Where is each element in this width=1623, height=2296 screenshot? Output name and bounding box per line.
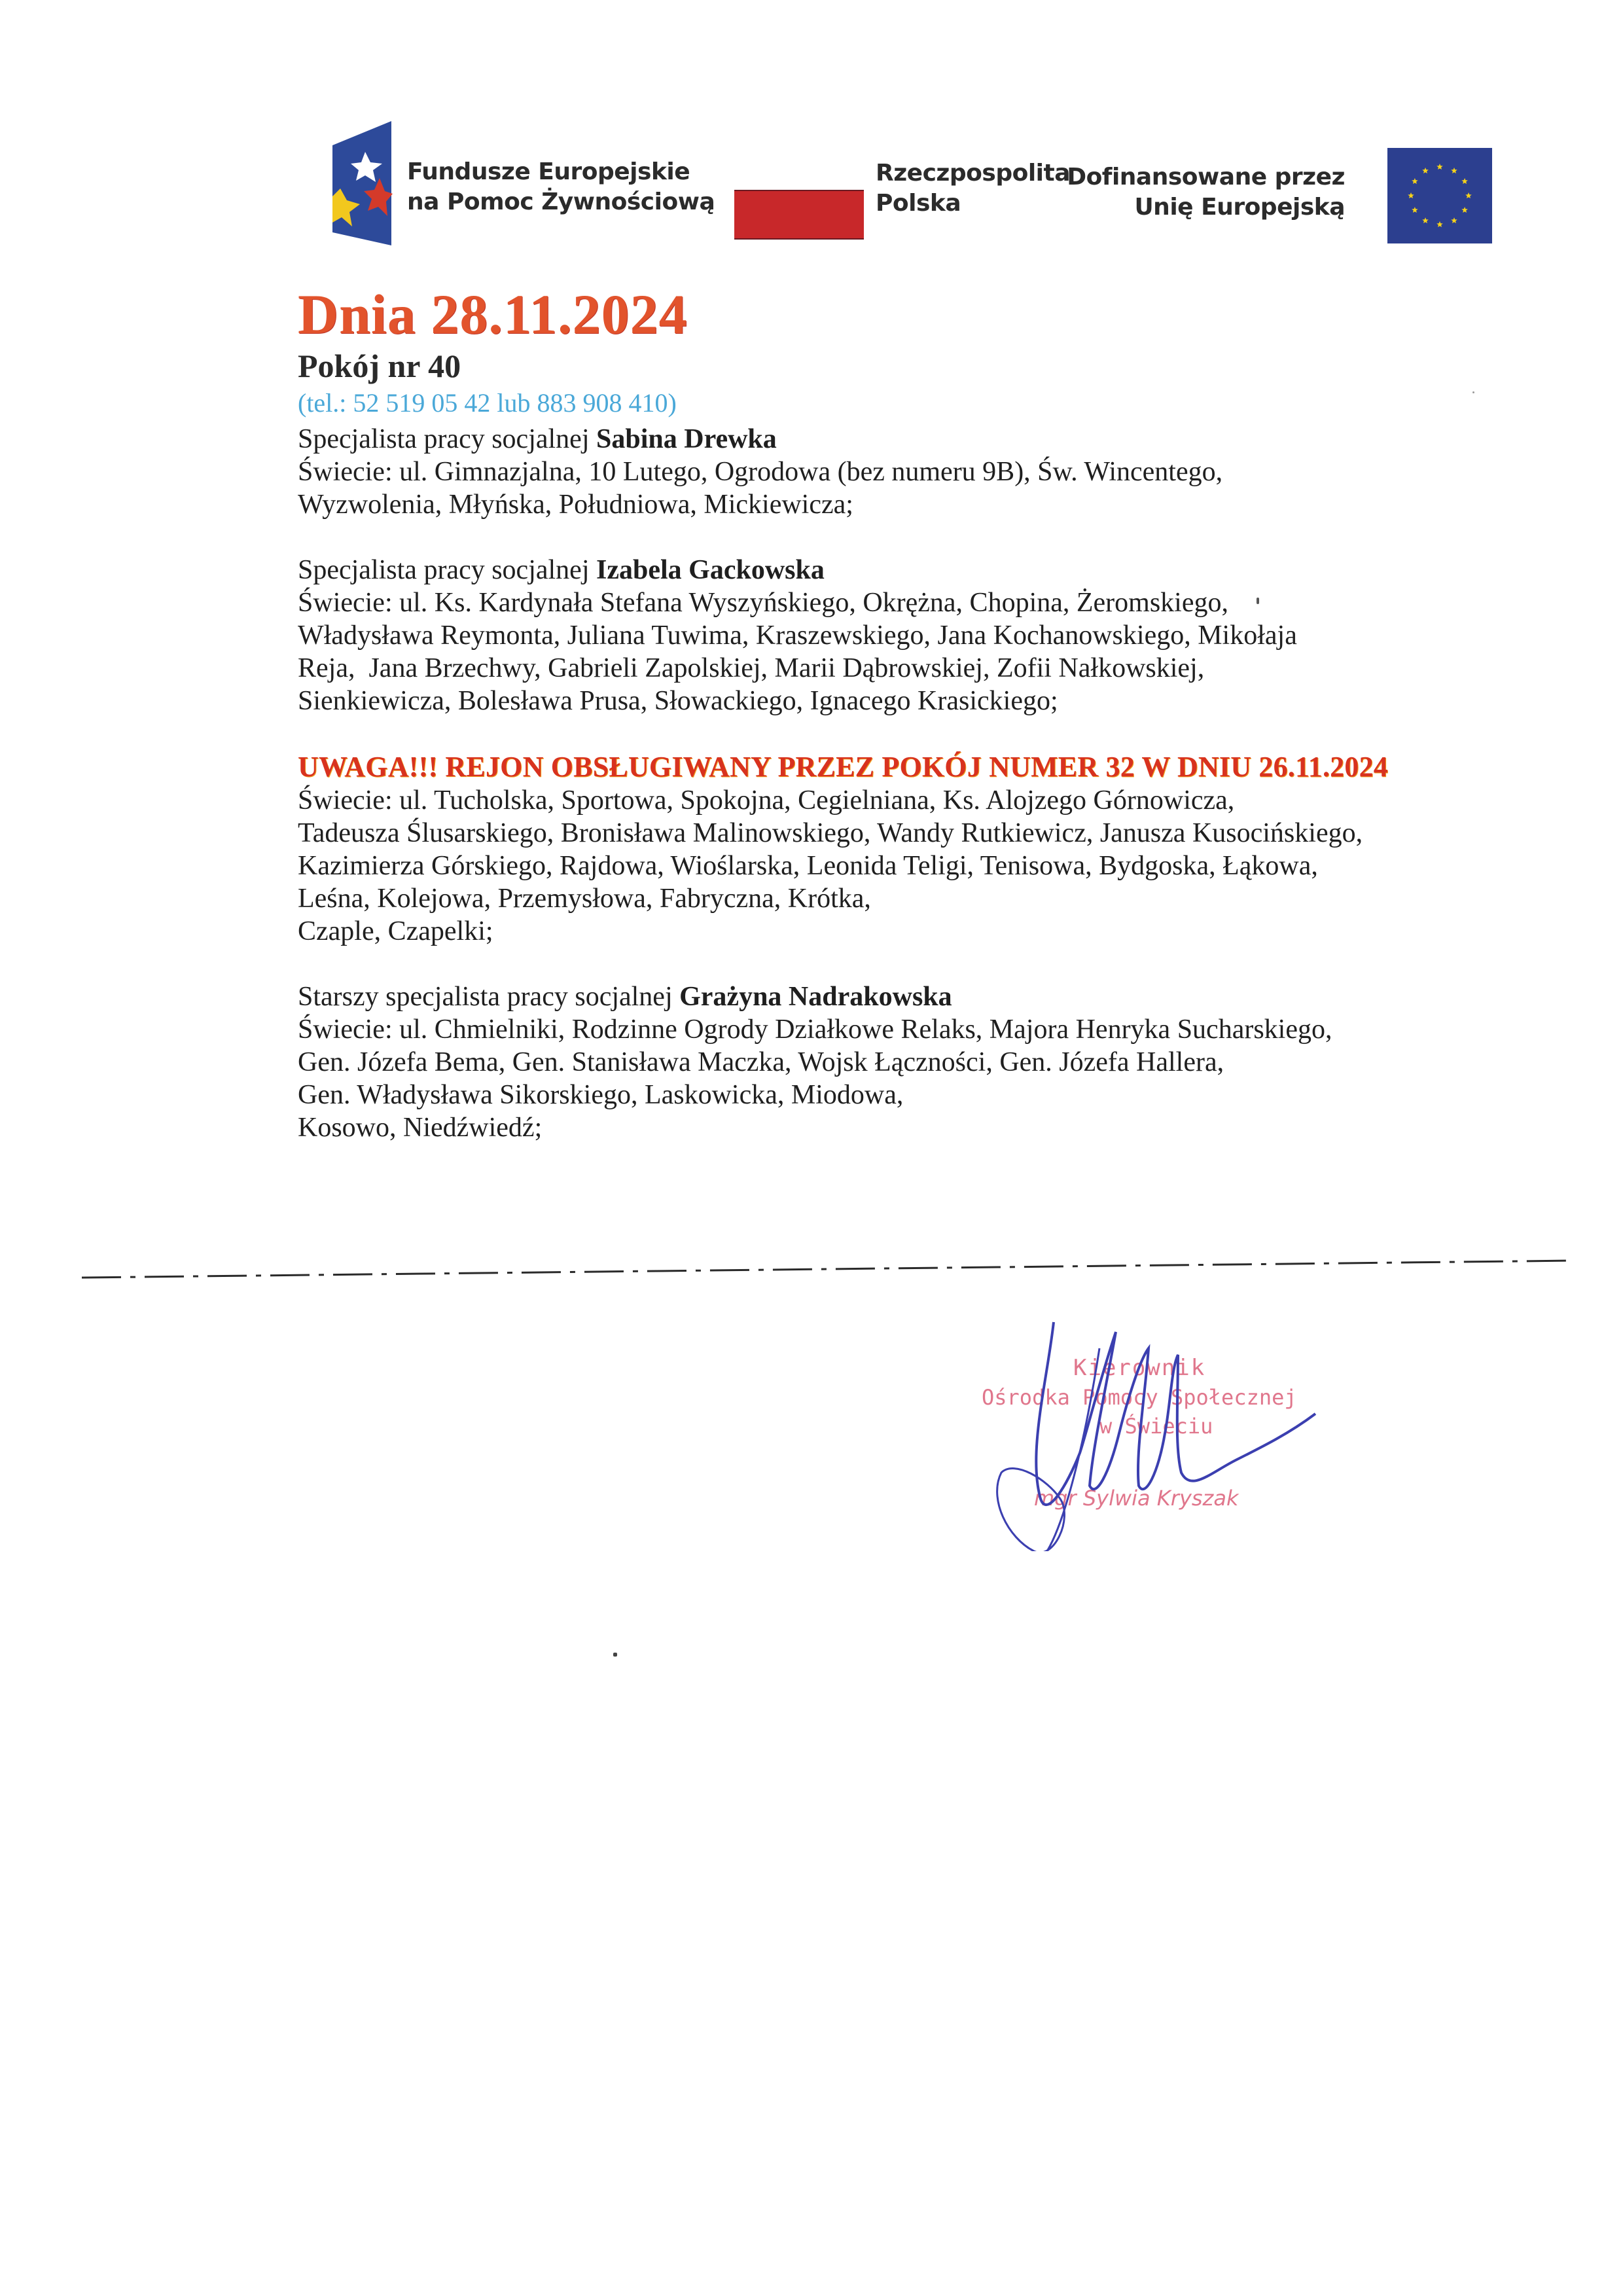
pl-logo-text: Rzeczpospolita Polska [876,158,1070,219]
scan-speck [1472,391,1474,393]
street-line: Świecie: ul. Tucholska, Sportowa, Spokoj… [298,784,1574,817]
section-heading: Starszy specjalista pracy socjalnej Graż… [298,980,1574,1013]
role-label: Specjalista pracy socjalnej [298,424,596,454]
eu-logo-text: Dofinansowane przez Unię Europejską [1067,162,1345,223]
street-line: Wyzwolenia, Młyńska, Południowa, Mickiew… [298,488,1574,521]
eu-flag-icon [1387,148,1492,243]
warning-notice: UWAGA!!! REJON OBSŁUGIWANY PRZEZ POKÓJ N… [298,750,1574,784]
handwritten-signature-icon [982,1302,1335,1551]
street-line: Kosowo, Niedźwiedź; [298,1111,1574,1144]
polish-flag-icon [734,190,864,240]
fe-logo-text: Fundusze Europejskie na Pomoc Żywnościow… [407,157,715,217]
street-line: Reja, Jana Brzechwy, Gabrieli Zapolskiej… [298,652,1574,685]
section-sabina-drewka: Specjalista pracy socjalnej Sabina Drewk… [298,423,1574,521]
eu-logo-line2: Unię Europejską [1067,192,1345,223]
worker-name: Izabela Gackowska [596,555,825,585]
street-line: Tadeusza Ślusarskiego, Bronisława Malino… [298,817,1574,850]
date-title: Dnia 28.11.2024 [298,281,1574,347]
street-line: Władysława Reymonta, Juliana Tuwima, Kra… [298,619,1574,652]
phone-numbers: (tel.: 52 519 05 42 lub 883 908 410) [298,386,1574,420]
street-line: Leśna, Kolejowa, Przemysłowa, Fabryczna,… [298,882,1574,915]
section-heading: Specjalista pracy socjalnej Sabina Drewk… [298,423,1574,456]
worker-name: Sabina Drewka [596,424,777,454]
room-number: Pokój nr 40 [298,346,1574,386]
logo-bar: Fundusze Europejskie na Pomoc Żywnościow… [0,0,1623,275]
street-line: Sienkiewicza, Bolesława Prusa, Słowackie… [298,685,1574,717]
section-heading: Specjalista pracy socjalnej Izabela Gack… [298,554,1574,586]
section-grazyna-nadrakowska: Starszy specjalista pracy socjalnej Graż… [298,980,1574,1144]
worker-name: Grażyna Nadrakowska [679,982,952,1012]
role-label: Specjalista pracy socjalnej [298,555,596,585]
street-line: Gen. Władysława Sikorskiego, Laskowicka,… [298,1079,1574,1111]
street-line: Gen. Józefa Bema, Gen. Stanisława Maczka… [298,1046,1574,1079]
dashed-separator-line [82,1255,1574,1282]
scan-speck [613,1653,617,1657]
document-content: Dnia 28.11.2024 Pokój nr 40 (tel.: 52 51… [298,281,1574,1144]
eu-logo-line1: Dofinansowane przez [1067,162,1345,192]
scan-speck [1257,598,1259,604]
fe-stars-logo-icon [327,118,393,245]
role-label: Starszy specjalista pracy socjalnej [298,982,679,1012]
street-line: Świecie: ul. Gimnazjalna, 10 Lutego, Ogr… [298,456,1574,488]
street-line: Czaple, Czapelki; [298,915,1574,948]
section-room-32-notice: UWAGA!!! REJON OBSŁUGIWANY PRZEZ POKÓJ N… [298,750,1574,948]
street-line: Kazimierza Górskiego, Rajdowa, Wioślarsk… [298,850,1574,882]
pl-logo-line2: Polska [876,188,1070,219]
street-line: Świecie: ul. Ks. Kardynała Stefana Wyszy… [298,586,1574,619]
pl-logo-line1: Rzeczpospolita [876,158,1070,188]
section-izabela-gackowska: Specjalista pracy socjalnej Izabela Gack… [298,554,1574,717]
street-line: Świecie: ul. Chmielniki, Rodzinne Ogrody… [298,1013,1574,1046]
fe-logo-line1: Fundusze Europejskie [407,157,715,187]
fe-logo-line2: na Pomoc Żywnościową [407,187,715,217]
